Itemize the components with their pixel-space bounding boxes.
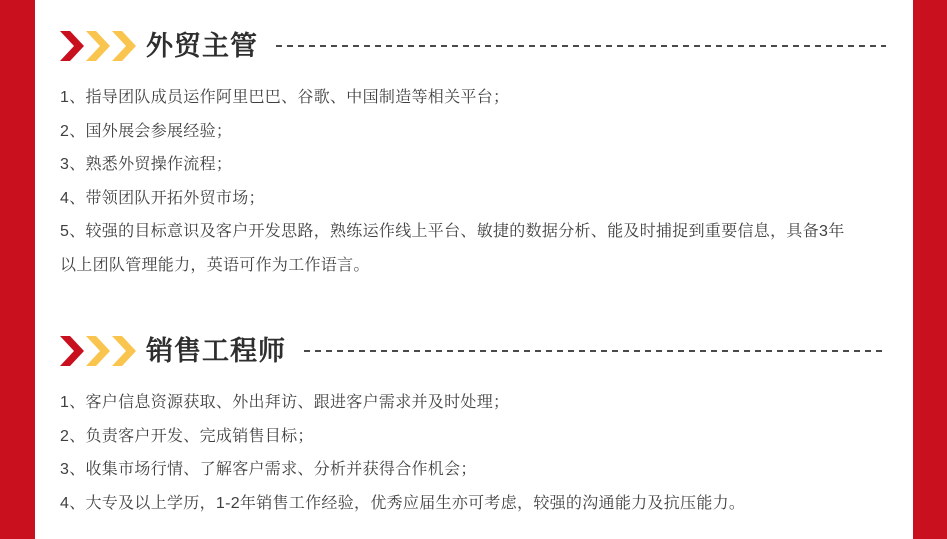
- requirement-item: 4、带领团队开拓外贸市场；: [60, 182, 850, 216]
- requirement-item: 3、收集市场行情、了解客户需求、分析并获得合作机会；: [60, 453, 850, 487]
- section-heading: 外贸主管: [60, 31, 886, 61]
- right-accent-bar: [913, 0, 947, 539]
- requirement-item: 2、国外展会参展经验；: [60, 115, 850, 149]
- job-requirements-list: 1、客户信息资源获取、外出拜访、跟进客户需求并及时处理； 2、负责客户开发、完成…: [60, 386, 850, 520]
- recruitment-page: 外贸主管 1、指导团队成员运作阿里巴巴、谷歌、中国制造等相关平台； 2、国外展会…: [0, 0, 947, 539]
- job-requirements-list: 1、指导团队成员运作阿里巴巴、谷歌、中国制造等相关平台； 2、国外展会参展经验；…: [60, 81, 850, 282]
- job-title: 外贸主管: [146, 31, 258, 61]
- job-section-sales-engineer: 销售工程师 1、客户信息资源获取、外出拜访、跟进客户需求并及时处理； 2、负责客…: [60, 336, 886, 520]
- requirement-item: 3、熟悉外贸操作流程；: [60, 148, 850, 182]
- requirement-item: 1、客户信息资源获取、外出拜访、跟进客户需求并及时处理；: [60, 386, 850, 420]
- page-content: 外贸主管 1、指导团队成员运作阿里巴巴、谷歌、中国制造等相关平台； 2、国外展会…: [60, 31, 886, 520]
- dashed-divider: [304, 350, 886, 352]
- triple-chevron-icon: [60, 336, 136, 366]
- job-title: 销售工程师: [146, 336, 286, 366]
- dashed-divider: [276, 45, 886, 47]
- requirement-item: 4、大专及以上学历，1-2年销售工作经验，优秀应届生亦可考虑，较强的沟通能力及抗…: [60, 487, 850, 521]
- triple-chevron-icon: [60, 31, 136, 61]
- left-accent-bar: [0, 0, 35, 539]
- section-heading: 销售工程师: [60, 336, 886, 366]
- requirement-item: 1、指导团队成员运作阿里巴巴、谷歌、中国制造等相关平台；: [60, 81, 850, 115]
- requirement-item: 5、较强的目标意识及客户开发思路，熟练运作线上平台、敏捷的数据分析、能及时捕捉到…: [60, 215, 850, 282]
- requirement-item: 2、负责客户开发、完成销售目标；: [60, 420, 850, 454]
- job-section-foreign-trade-supervisor: 外贸主管 1、指导团队成员运作阿里巴巴、谷歌、中国制造等相关平台； 2、国外展会…: [60, 31, 886, 282]
